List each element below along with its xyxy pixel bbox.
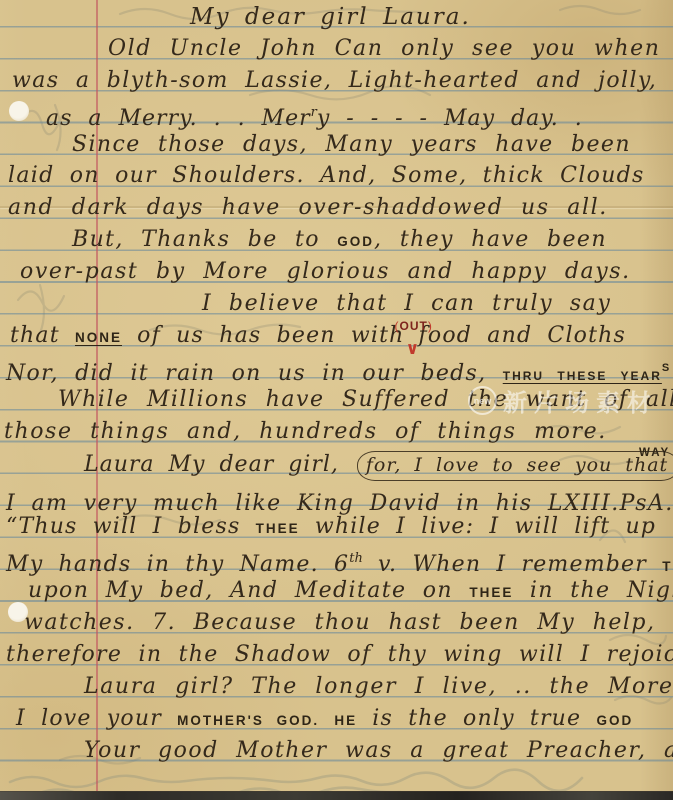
- superscript: S: [662, 362, 669, 374]
- line-text: I love your: [16, 706, 177, 731]
- line-text: in the Night: [513, 578, 673, 603]
- line-text: is the only true: [357, 706, 596, 731]
- caps-word: MOTHER'S GOD.: [177, 713, 319, 728]
- letter-line: was a blyth-som Lassie, Light-hearted an…: [12, 68, 657, 94]
- caps-word: GOD: [337, 234, 374, 249]
- way-label: WAY: [639, 440, 670, 466]
- line-text: My hands in thy Name. 6: [6, 552, 349, 577]
- letter-line: “Thus will I bless THEE while I live: I …: [6, 514, 656, 542]
- letter-line: upon My bed, And Meditate on THEE in the…: [28, 578, 673, 606]
- line-text: of us has been with: [122, 323, 405, 348]
- line-text: , they have been: [374, 227, 607, 252]
- letter-line: as a Merry. . . Merry - - - - May day. .: [46, 100, 583, 132]
- line-text: But, Thanks be to: [72, 227, 337, 252]
- letter-line: While Millions have Suffered the want of…: [58, 387, 673, 413]
- letter-page: My dear girl Laura. Old Uncle John Can o…: [0, 0, 673, 800]
- punch-hole-bottom: [8, 602, 28, 622]
- line-text: v. When I remember: [363, 552, 662, 577]
- letter-line: over-past by More glorious and happy day…: [20, 259, 631, 285]
- superscript: th: [349, 551, 363, 566]
- letter-line: that NONE of us has been with(OUT)∨food …: [10, 323, 626, 351]
- letter-line: Old Uncle John Can only see you when You: [108, 36, 673, 62]
- caps-word: THEE: [469, 585, 513, 600]
- line-text: while I live: I will lift up: [300, 514, 656, 539]
- caps-annotation: THRU THESE YEAR: [503, 369, 662, 383]
- line-text: [319, 706, 334, 731]
- scan-edge: [0, 791, 673, 800]
- letter-line: and dark days have over-shaddowed us all…: [8, 195, 608, 221]
- line-text: y - - - - May day. .: [317, 106, 583, 131]
- letter-title: My dear girl Laura.: [190, 4, 471, 30]
- letter-line: Nor, did it rain on us in our beds, THRU…: [6, 355, 669, 389]
- letter-line: I am very much like King David in his LX…: [6, 483, 673, 517]
- letter-line: watches. 7. Because thou hast been My he…: [24, 610, 656, 636]
- letter-line: those things and, hundreds of things mor…: [4, 419, 607, 445]
- line-text: food and Cloths: [419, 323, 626, 348]
- line-text: that: [10, 323, 75, 348]
- letter-line: Your good Mother was a great Preacher, a…: [84, 738, 673, 764]
- line-text: Nor, did it rain on us in our beds,: [6, 361, 503, 386]
- letter-line: Since those days, Many years have been: [72, 132, 631, 158]
- caps-word: THEE: [256, 521, 300, 536]
- caps-word: HE: [334, 713, 357, 728]
- letter-line: Laura girl? The longer I live, .. the Mo…: [84, 674, 673, 700]
- letter-line: But, Thanks be to GOD, they have been: [72, 227, 607, 255]
- caps-word-none: NONE: [75, 330, 122, 345]
- letter-line: My hands in thy Name. 6th v. When I reme…: [6, 546, 673, 580]
- line-text: upon My bed, And Meditate on: [28, 578, 469, 603]
- line-text: as a Merry. . . Mer: [46, 106, 311, 131]
- punch-hole-top: [9, 101, 29, 121]
- bracketed-phrase: for, I love to see you thatWAY: [357, 451, 673, 481]
- letter-line: therefore in the Shadow of thy wing will…: [6, 642, 673, 668]
- line-text: “Thus will I bless: [6, 514, 256, 539]
- caps-word: GOD: [596, 713, 633, 728]
- line-text: I am very much like King David in his LX…: [6, 491, 673, 516]
- line-text: Laura My dear girl,: [84, 452, 353, 477]
- letter-line: Laura My dear girl, for, I love to see y…: [84, 451, 673, 481]
- red-mark-close: ): [428, 319, 433, 333]
- letter-line: laid on our Shoulders. And, Some, thick …: [8, 163, 645, 189]
- caps-word: THEE: [662, 559, 673, 574]
- letter-line: I love your MOTHER'S GOD. HE is the only…: [16, 706, 633, 734]
